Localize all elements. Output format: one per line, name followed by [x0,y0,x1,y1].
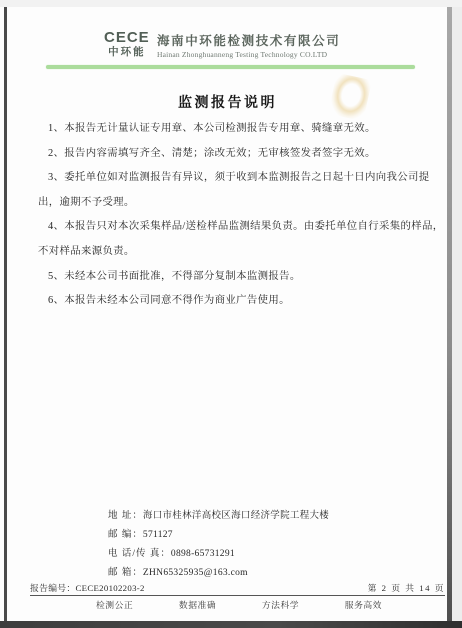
scan-margin-right [452,7,462,628]
contact-postcode-value: 571127 [143,530,173,540]
slogan-accuracy: 数据准确 [179,598,216,611]
contact-phone-fax-label: 电 话/传 真： [108,549,171,559]
slogan-science: 方法科学 [262,598,299,611]
logo-acronym: CECE [104,30,150,45]
contact-postcode: 邮 编：571127 [108,526,329,545]
company-name-block: 海南中环能检测技术有限公司 Hainan Zhonghuanneng Testi… [157,34,340,59]
note-item-1: 1、本报告无计量认证专用章、本公司检测报告专用章、骑缝章无效。 [38,117,440,142]
contact-phone-fax: 电 话/传 真：0898-65731291 [108,545,329,564]
contact-address: 地 址：海口市桂林洋高校区海口经济学院工程大楼 [108,507,329,526]
footer-slogans: 检测公正 数据准确 方法科学 服务高效 [96,598,382,611]
slogan-efficiency: 服务高效 [345,598,382,611]
company-logo: CECE 中环能 [104,30,150,58]
contact-email-label: 邮 箱： [108,568,143,578]
logo-name: 中环能 [104,46,150,58]
company-name-cn: 海南中环能检测技术有限公司 [157,34,340,48]
note-item-3: 3、委托单位如对监测报告有异议，须于收到本监测报告之日起十日内向我公司提 [38,166,440,191]
footer-meta-row: 报告编号：CECE20102203-2 第 2 页 共 14 页 [30,581,445,594]
header-divider [46,65,415,69]
contact-address-value: 海口市桂林洋高校区海口经济学院工程大楼 [143,511,329,521]
contact-email-value: ZHN65325935@163.com [143,568,248,578]
report-page: CECE 中环能 海南中环能检测技术有限公司 Hainan Zhonghuann… [8,7,447,621]
notes-list: 1、本报告无计量认证专用章、本公司检测报告专用章、骑缝章无效。 2、报告内容需填… [38,117,440,314]
company-name-en: Hainan Zhonghuanneng Testing Technology … [157,50,340,59]
report-number-value: CECE20102203-2 [76,583,145,593]
contact-block: 地 址：海口市桂林洋高校区海口经济学院工程大楼 邮 编：571127 电 话/传… [108,507,329,583]
report-number-label: 报告编号： [30,583,76,593]
scan-edge-left [4,7,7,628]
contact-address-label: 地 址： [108,511,143,521]
note-item-6: 6、本报告未经本公司同意不得作为商业广告使用。 [38,289,440,314]
page-title: 监测报告说明 [8,92,447,112]
contact-phone-fax-value: 0898-65731291 [171,549,235,559]
footer-divider [30,595,445,596]
report-number: 报告编号：CECE20102203-2 [30,581,145,594]
note-item-2: 2、报告内容需填写齐全、清楚；涂改无效；无审核签发者签字无效。 [38,142,440,167]
note-item-5: 5、未经本公司书面批准，不得部分复制本监测报告。 [38,265,440,290]
scan-edge-right [447,7,452,621]
scan-edge-bottom [0,621,462,628]
scanned-report-page: CECE 中环能 海南中环能检测技术有限公司 Hainan Zhonghuann… [0,0,462,628]
slogan-fairness: 检测公正 [96,598,133,611]
note-item-4: 4、本报告只对本次采集样品/送检样品监测结果负责。由委托单位自行采集的样品， [38,215,440,240]
note-item-4-cont: 不对样品来源负责。 [38,240,440,265]
scan-margin-top [0,0,462,7]
note-item-3-cont: 出，逾期不予受理。 [38,191,440,216]
page-indicator: 第 2 页 共 14 页 [368,581,445,594]
contact-postcode-label: 邮 编： [108,530,143,540]
